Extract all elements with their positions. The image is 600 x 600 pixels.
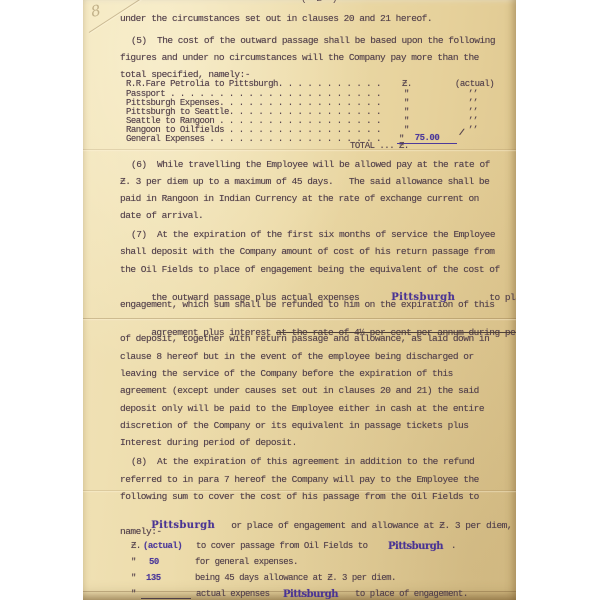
row-text: being 45 days allowance at Ƶ. 3 per diem… xyxy=(195,573,396,583)
row-label: General Expenses . . . . . . . . . . . .… xyxy=(126,134,381,144)
actual-note: (actual) xyxy=(143,541,182,551)
total-line: TOTAL ... Ƶ. xyxy=(350,141,409,151)
paragraph-7-line-2: shall deposit with the Company amount of… xyxy=(120,246,494,257)
scan-background: 8 ( 2 ) under the circumstances set out … xyxy=(0,0,600,600)
refund-list-row: " 50 for general expenses. xyxy=(83,557,516,568)
paragraph-6-line-4: date of arrival. xyxy=(120,210,203,221)
ditto-mark: " xyxy=(131,557,136,567)
actual-note: (actual) xyxy=(455,79,494,89)
currency-symbol: Ƶ. xyxy=(131,541,141,551)
amount-value: 135 xyxy=(146,573,161,583)
stamp-pittsburgh: Pittsburgh xyxy=(388,541,443,552)
blank-amount-underline xyxy=(141,589,191,599)
intro-line: under the circumstances set out in claus… xyxy=(120,13,432,24)
paragraph-7-line-10: agreement (except under causes set out i… xyxy=(120,385,479,396)
paragraph-8-line-1: (8) At the expiration of this agreement … xyxy=(131,456,474,467)
row-text: to place of engagement. xyxy=(355,589,468,599)
paragraph-5-line-2: figures and under no circumstances will … xyxy=(120,52,479,63)
paragraph-6-line-1: (6) While travelling the Employee will b… xyxy=(131,159,490,170)
paragraph-7-line-13: Interest during period of deposit. xyxy=(120,437,297,448)
paragraph-8-line-2: referred to in para 7 hereof the Company… xyxy=(120,474,479,485)
cost-table-row: General Expenses . . . . . . . . . . . .… xyxy=(83,134,516,145)
fold-crease xyxy=(83,149,516,150)
paragraph-8-line-5: namely:- xyxy=(120,526,162,537)
paragraph-7-line-5: engagement, which sum shall be refunded … xyxy=(120,299,494,310)
paragraph-7-line-7: of deposit, together with return passage… xyxy=(120,333,489,344)
tick-mark: / xyxy=(458,127,464,138)
paragraph-7-line-8: clause 8 hereof but in the event of the … xyxy=(120,351,474,362)
refund-list-row: " 135 being 45 days allowance at Ƶ. 3 pe… xyxy=(83,573,516,584)
ditto-mark: " xyxy=(131,573,136,583)
paragraph-7-line-3: the Oil Fields to place of engagement be… xyxy=(120,264,500,275)
paragraph-7-line-1: (7) At the expiration of the first six m… xyxy=(131,229,495,240)
ditto-mark: " xyxy=(131,589,136,599)
row-label: R.R.Fare Petrolia to Pittsburgh. . . . .… xyxy=(126,79,381,89)
refund-list-row: " actual expenses Pittsburgh to place of… xyxy=(83,589,516,600)
paragraph-5-line-1: (5) The cost of the outward passage shal… xyxy=(131,35,495,46)
document-page: 8 ( 2 ) under the circumstances set out … xyxy=(83,0,516,600)
pencil-corner-mark: 8 xyxy=(89,1,102,21)
paragraph-6-line-2: Ƶ. 3 per diem up to a maximum of 45 days… xyxy=(120,176,489,187)
page-number-partial: ( 2 ) xyxy=(301,0,340,4)
paragraph-8-line-4: Pittsburghor place of engagement and all… xyxy=(120,509,512,542)
paragraph-7-line-11: deposit only will be paid to the Employe… xyxy=(120,403,484,414)
refund-list-row: Ƶ. (actual) to cover passage from Oil Fi… xyxy=(83,541,516,552)
stamp-pittsburgh: Pittsburgh xyxy=(283,589,338,600)
row-text: for general expenses. xyxy=(195,557,298,567)
line-text: or place of engagement and allowance at … xyxy=(231,520,512,531)
row-text: . xyxy=(451,541,456,551)
paragraph-8-line-3: following sum to cover the cost of his p… xyxy=(120,491,479,502)
paragraph-6-line-3: paid in Rangoon in Indian Currency at th… xyxy=(120,193,479,204)
currency-symbol: Ƶ. xyxy=(402,79,412,89)
paragraph-7-line-12: discretion of the Company or its equival… xyxy=(120,420,468,431)
paragraph-7-line-9: leaving the service of the Company befor… xyxy=(120,368,453,379)
amount-value: 50 xyxy=(149,557,159,567)
row-text: to cover passage from Oil Fields to xyxy=(196,541,368,551)
row-text: actual expenses xyxy=(196,589,270,599)
